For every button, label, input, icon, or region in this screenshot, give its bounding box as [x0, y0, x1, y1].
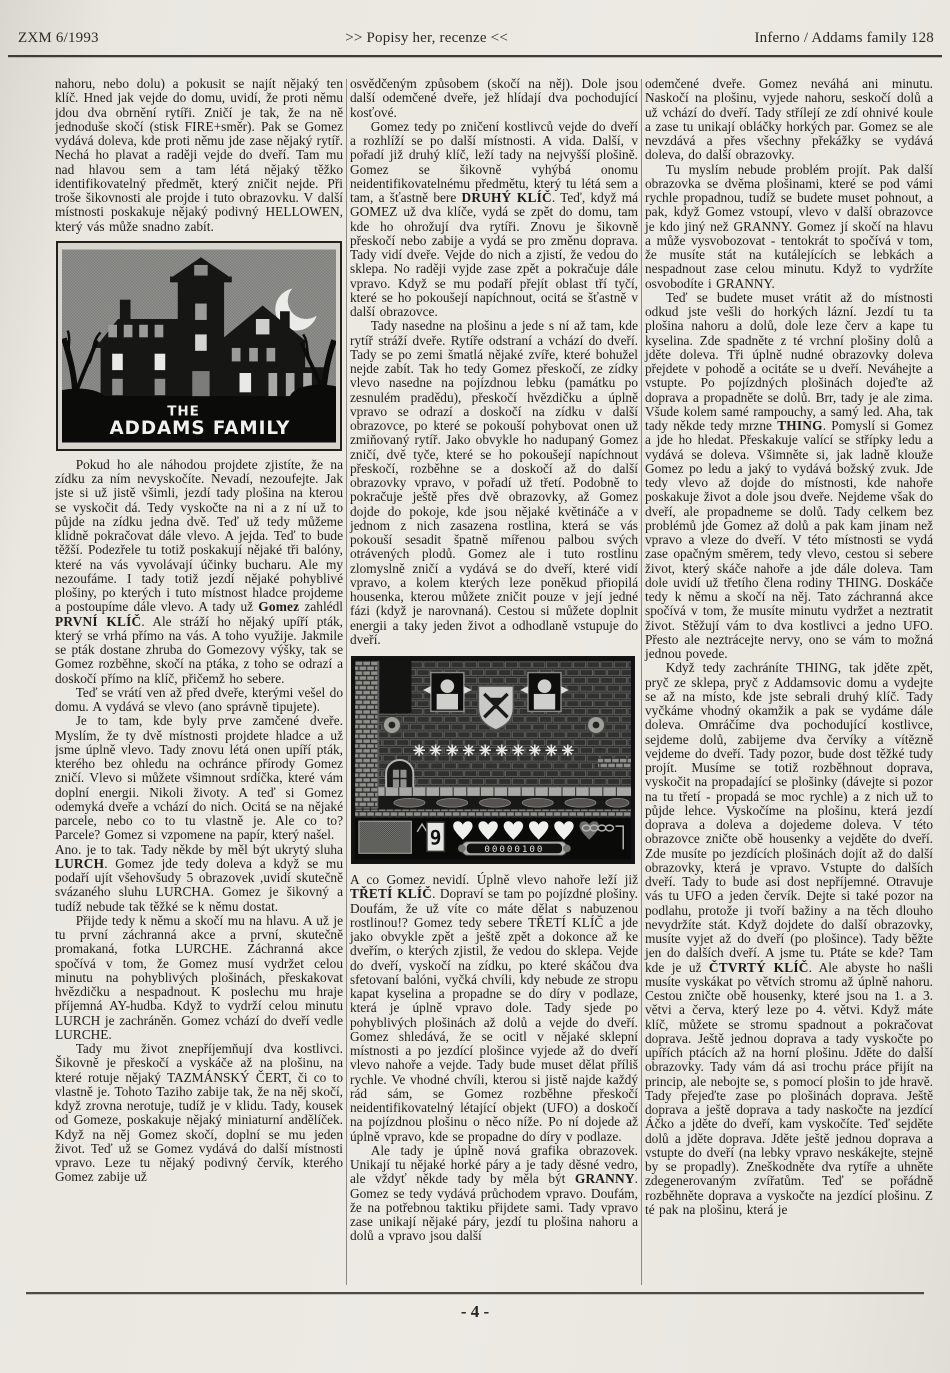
screenshot-title-screen: THE ADDAMS FAMILY [56, 241, 342, 451]
column-1: nahoru, nebo dolu) a pokusit se najít ně… [55, 77, 343, 1285]
page-header: ZXM 6/1993 >> Popisy her, recenze << Inf… [0, 0, 950, 53]
body-paragraph: Přijde tedy k němu a skočí mu na hlavu. … [55, 914, 343, 1042]
column-2: osvědčeným způsobem (skočí na něj). Dole… [350, 77, 638, 1285]
column-divider [346, 79, 347, 1285]
body-paragraph: nahoru, nebo dolu) a pokusit se najít ně… [55, 77, 343, 234]
brick-column [355, 661, 378, 809]
page-number: - 4 - [0, 1302, 950, 1322]
header-issue: ZXM 6/1993 [18, 30, 99, 47]
wall-portrait-left [423, 673, 472, 712]
body-paragraph: A co Gomez nevidí. Úplně vlevo nahoře le… [350, 873, 638, 1144]
hud-texture-box [359, 821, 411, 853]
body-paragraph: Tu myslím nebude problém projít. Pak dal… [645, 163, 933, 291]
wall-portrait-right [520, 673, 569, 712]
body-paragraph: Teď se vrátí ven až před dveře, kterými … [55, 686, 343, 715]
wall-sconce-left [383, 716, 400, 733]
article-columns: nahoru, nebo dolu) a pokusit se najít ně… [55, 77, 937, 1285]
svg-text:ADDAMS FAMILY: ADDAMS FAMILY [110, 418, 291, 439]
body-paragraph: Gomez tedy po zničení kostlivců vejde do… [350, 120, 638, 320]
column-3: odemčené dveře. Gomez neváhá ani minutu.… [645, 77, 933, 1285]
gameplay-illustration: 9 [355, 660, 631, 860]
body-paragraph: Tady nasedne na plošinu a jede s ní až t… [350, 319, 638, 647]
body-paragraph: Teď se budete muset vrátit až do místnos… [645, 291, 933, 662]
column-divider [641, 79, 642, 1285]
body-paragraph: Pokud ho ale náhodou projdete zjistíte, … [55, 458, 343, 686]
page-footer: - 4 - [0, 1292, 950, 1322]
magazine-page: ZXM 6/1993 >> Popisy her, recenze << Inf… [0, 0, 950, 1373]
right-ledge [598, 758, 631, 768]
lives-counter: 9 [430, 827, 442, 850]
footer-rule [26, 1292, 924, 1294]
screenshot-gameplay: 9 [351, 656, 635, 864]
header-rule [8, 55, 942, 57]
body-paragraph: odemčené dveře. Gomez neváhá ani minutu.… [645, 77, 933, 163]
body-paragraph: osvědčeným způsobem (skočí na něj). Dole… [350, 77, 638, 120]
floor-ledge [355, 787, 631, 817]
body-paragraph: Tady mu život znepříjemňují dva kostlivc… [55, 1042, 343, 1185]
title-screen-illustration: THE ADDAMS FAMILY [62, 247, 336, 445]
hud-panel: 9 [355, 817, 631, 859]
score-banner: 00000100 [458, 842, 571, 856]
header-section: >> Popisy her, recenze << [345, 30, 508, 47]
body-paragraph: Je to tam, kde byly prve zamčené dveře. … [55, 714, 343, 842]
body-paragraph: Když tedy zachráníte THING, tak jděte zp… [645, 661, 933, 1217]
body-paragraph: Ano. je to tak. Tady někde by měl být uk… [55, 843, 343, 914]
header-article-title: Inferno / Addams family 128 [754, 30, 934, 47]
score-value: 00000100 [484, 844, 544, 855]
body-paragraph: Ale tady je úplně nová grafika obrazovek… [350, 1144, 638, 1244]
wall-sconce-right [587, 716, 604, 733]
